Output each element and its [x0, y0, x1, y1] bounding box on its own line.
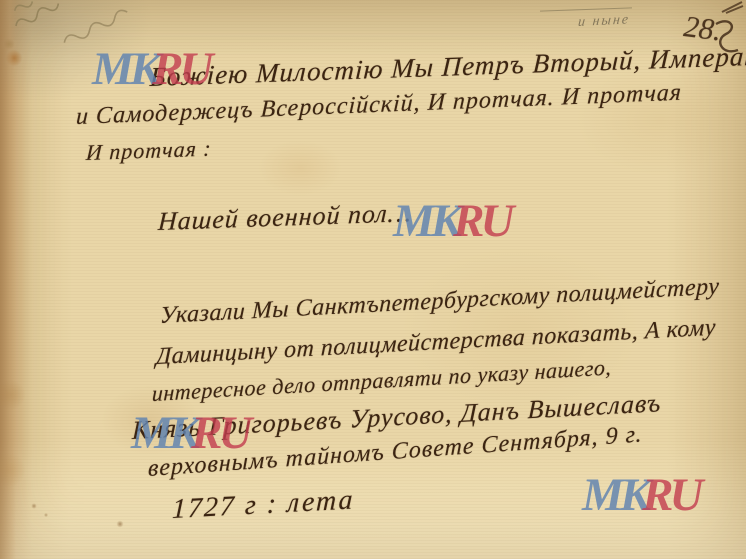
watermark-mk-text: MK	[92, 43, 157, 95]
manuscript-line-4: Нашей военной пол…	[157, 198, 412, 237]
pencil-underline	[540, 7, 632, 11]
mkru-watermark-4: MKRU	[582, 472, 699, 519]
pencil-note: и ныне	[577, 12, 630, 31]
watermark-ru-text: RU	[453, 195, 510, 247]
manuscript-line-10: 1727 г : лета	[171, 484, 355, 526]
watermark-ru-text: RU	[642, 469, 699, 521]
manuscript-photo: и ныне 28. Божіею Милостію Мы Петръ Втор…	[0, 0, 746, 559]
manuscript-line-3: И протчая :	[85, 136, 212, 166]
watermark-mk-text: MK	[582, 469, 647, 521]
page-edge	[0, 0, 16, 559]
corner-mark-icon	[720, 0, 744, 14]
